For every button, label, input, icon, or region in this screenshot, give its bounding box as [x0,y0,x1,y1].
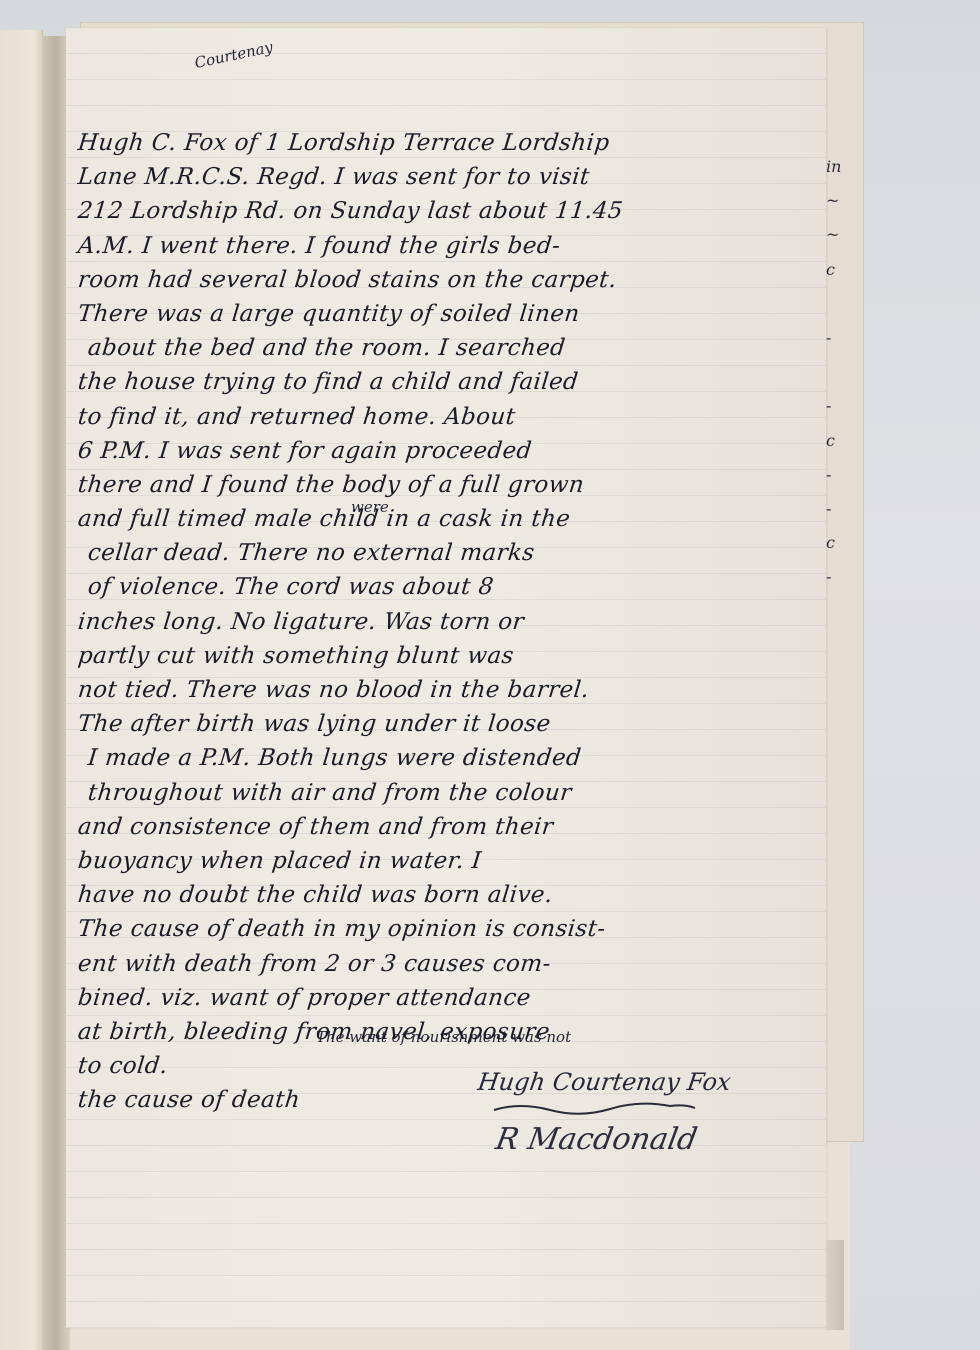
underlying-sheet-margin-marks: in ~ ~ c - - c - - c - [826,150,846,594]
margin-mark: c [826,424,846,458]
witness-signature: R Macdonald [493,1122,781,1157]
text-line: The after birth was lying under it loose [76,707,820,741]
text-line: buoyancy when placed in water. I [76,844,820,878]
deposition-text: Hugh C. Fox of 1 Lordship Terrace Lordsh… [78,126,818,1117]
text-line: there and I found the body of a full gro… [76,468,820,502]
text-line: Hugh C. Fox of 1 Lordship Terrace Lordsh… [76,126,820,160]
text-line: ent with death from 2 or 3 causes com- [76,947,820,981]
text-line: not tied. There was no blood in the barr… [76,673,820,707]
handwritten-sheet: Courtenay were The want of nourishment w… [66,28,826,1328]
margin-mark: c [826,253,846,287]
text-line: 6 P.M. I was sent for again proceeded [76,434,820,468]
text-line: I made a P.M. Both lungs were distended [76,741,820,775]
margin-mark: ~ [826,218,846,252]
text-line: at birth, bleeding from navel, exposure [76,1015,820,1049]
interlinear-insertion-courtenay: Courtenay [193,38,274,72]
text-line: There was a large quantity of soiled lin… [76,297,820,331]
margin-mark: - [826,492,846,526]
text-line: about the bed and the room. I searched [76,331,820,365]
margin-mark: in [826,150,846,184]
text-line: to find it, and returned home. About [76,400,820,434]
previous-page-edge [0,30,43,1350]
text-line: the house trying to find a child and fai… [76,365,820,399]
text-line: throughout with air and from the colour [76,776,820,810]
text-line: The cause of death in my opinion is cons… [76,912,820,946]
text-line: have no doubt the child was born alive. [76,878,820,912]
text-line: and consistence of them and from their [76,810,820,844]
text-line: 212 Lordship Rd. on Sunday last about 11… [76,194,820,228]
signature-flourish-icon [490,1100,700,1118]
margin-mark: - [826,321,846,355]
deponent-signature: Hugh Courtenay Fox [476,1068,780,1096]
text-line: cellar dead. There no external marks [76,536,820,570]
text-line: of violence. The cord was about 8 [76,570,820,604]
sheet-corner-fold [826,1240,844,1330]
margin-mark [826,287,846,321]
margin-mark: - [826,560,846,594]
margin-mark [826,355,846,389]
text-line: inches long. No ligature. Was torn or [76,605,820,639]
margin-mark: c [826,526,846,560]
text-line: and full timed male child in a cask in t… [76,502,820,536]
text-line: partly cut with something blunt was [76,639,820,673]
margin-mark: ~ [826,184,846,218]
text-line: room had several blood stains on the car… [76,263,820,297]
margin-mark: - [826,458,846,492]
signature-block: Hugh Courtenay Fox R Macdonald [478,1068,778,1157]
text-line: Lane M.R.C.S. Regd. I was sent for to vi… [76,160,820,194]
text-line: A.M. I went there. I found the girls bed… [76,229,820,263]
margin-mark: - [826,389,846,423]
text-line: bined. viz. want of proper attendance [76,981,820,1015]
